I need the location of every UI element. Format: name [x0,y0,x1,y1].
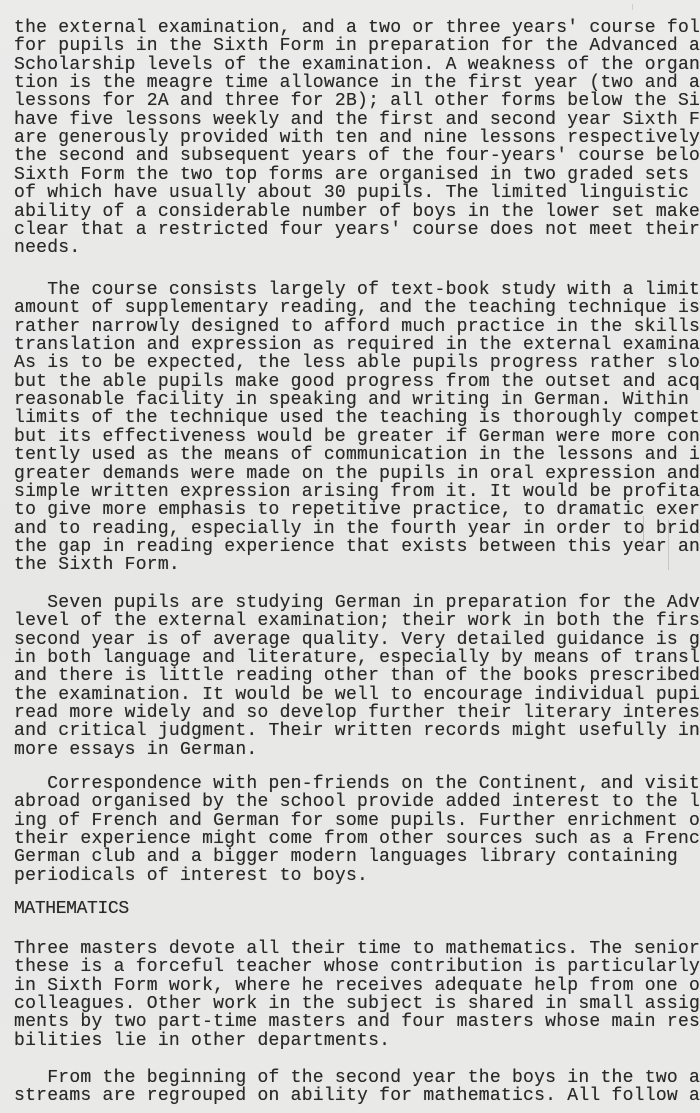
text-line: and to reading, especially in the fourth… [14,520,700,538]
text-line: the Sixth Form. [14,556,180,574]
text-line: read more widely and so develop further … [14,704,700,722]
text-line: Sixth Form the two top forms are organis… [14,166,700,184]
text-line: the external examination, and a two or t… [14,19,700,37]
text-line: lessons for 2A and three for 2B); all ot… [14,92,700,110]
text-line: second year is of average quality. Very … [14,631,700,649]
text-line: in Sixth Form work, where he receives ad… [14,977,700,995]
text-line: Three masters devote all their time to m… [14,940,700,958]
text-line: but the able pupils make good progress f… [14,373,700,391]
text-line: the second and subsequent years of the f… [14,147,700,165]
text-line: amount of supplementary reading, and the… [14,299,700,317]
text-line: to give more emphasis to repetitive prac… [14,501,700,519]
text-line: simple written expression arising from i… [14,483,700,501]
text-line: their experience might come from other s… [14,830,700,848]
text-line: and there is little reading other than o… [14,667,700,685]
text-line: Scholarship levels of the examination. A… [14,56,700,74]
heading-text: MATHEMATICS [14,900,129,918]
text-line: As is to be expected, the less able pupi… [14,354,700,372]
text-line: rather narrowly designed to afford much … [14,318,700,336]
text-line: needs. [14,239,80,257]
text-line: tently used as the means of communicatio… [14,446,700,464]
text-line: of which have usually about 30 pupils. T… [14,184,689,202]
text-line: are generously provided with ten and nin… [14,129,700,147]
text-line: more essays in German. [14,741,257,759]
text-line: From the beginning of the second year th… [14,1069,700,1087]
text-line: level of the external examination; their… [14,612,700,630]
text-line: ing of French and German for some pupils… [14,812,700,830]
text-line: German club and a bigger modern language… [14,848,678,866]
text-line: have five lessons weekly and the first a… [14,111,700,129]
text-line: periodicals of interest to boys. [14,867,368,885]
text-line: clear that a restricted four years' cour… [14,221,700,239]
scan-mark [632,4,633,10]
text-line: translation and expression as required i… [14,336,700,354]
text-line: and critical judgment. Their written rec… [14,722,700,740]
text-line: ability of a considerable number of boys… [14,203,700,221]
text-line: greater demands were made on the pupils … [14,465,700,483]
scanned-document-page: the external examination, and a two or t… [0,0,700,1113]
text-line: bilities lie in other departments. [14,1032,390,1050]
text-line: these is a forceful teacher whose contri… [14,958,700,976]
text-line: abroad organised by the school provide a… [14,793,700,811]
text-line: the examination. It would be well to enc… [14,686,700,704]
text-line: for pupils in the Sixth Form in preparat… [14,37,700,55]
text-line: in both language and literature, especia… [14,649,700,667]
text-line: reasonable facility in speaking and writ… [14,391,700,409]
text-line: streams are regrouped on ability for mat… [14,1087,700,1105]
text-line: but its effectiveness would be greater i… [14,428,700,446]
text-line: ments by two part-time masters and four … [14,1013,700,1031]
text-line: tion is the meagre time allowance in the… [14,74,700,92]
text-line: The course consists largely of text-book… [14,281,700,299]
text-line: Seven pupils are studying German in prep… [14,594,700,612]
text-line: limits of the technique used the teachin… [14,409,700,427]
text-line: the gap in reading experience that exist… [14,538,700,556]
text-line: Correspondence with pen-friends on the C… [14,775,700,793]
text-line: colleagues. Other work in the subject is… [14,995,700,1013]
